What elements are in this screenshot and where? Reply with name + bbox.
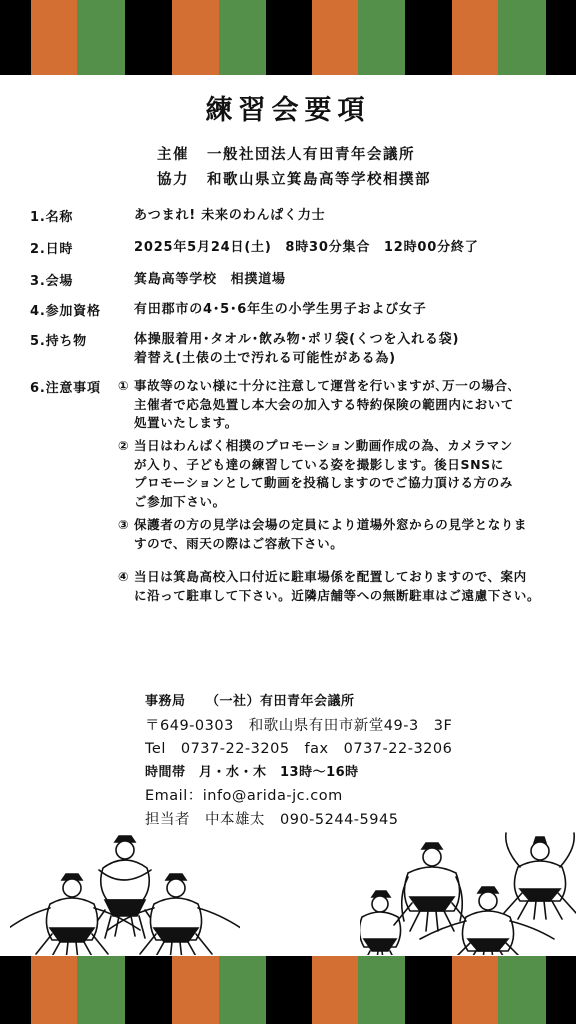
stripe-segment bbox=[452, 0, 498, 75]
belongings-line-2: 着替え(土俵の土で汚れる可能性がある為) bbox=[134, 351, 396, 366]
note-2: ② 当日はわんぱく相撲のプロモーション動画作成の為、カメラマン が入り、子ども達… bbox=[118, 437, 513, 511]
host-name: 一般社団法人有田青年会議所 bbox=[207, 147, 415, 163]
host-label: 主催 bbox=[157, 143, 207, 164]
stripe-segment bbox=[0, 0, 31, 75]
contact-phone: Tel 0737-22-3205 fax 0737-22-3206 bbox=[145, 737, 452, 761]
note-text: 当日は箕島高校入口付近に駐車場係を配置しておりますので、案内 に沿って駐車して下… bbox=[118, 568, 540, 605]
stripe-segment bbox=[405, 0, 452, 75]
stripe-segment bbox=[172, 956, 219, 1024]
contact-email[interactable]: Email：info@arida-jc.com bbox=[145, 784, 452, 808]
item-value: 2025年5月24日(土) 8時30分集合 12時00分終了 bbox=[134, 238, 479, 257]
stripe-segment bbox=[358, 0, 405, 75]
stripe-segment bbox=[358, 956, 405, 1024]
note-number: ② bbox=[118, 437, 129, 456]
contact-office: 事務局 （一社）有田青年会議所 bbox=[145, 690, 452, 714]
item-label: 4.参加資格 bbox=[30, 300, 101, 319]
item-label: 5.持ち物 bbox=[30, 330, 87, 349]
stripe-segment bbox=[31, 0, 77, 75]
stripe-segment bbox=[312, 0, 358, 75]
stripe-segment bbox=[452, 956, 498, 1024]
note-number: ① bbox=[118, 377, 129, 396]
note-1: ① 事故等のない様に十分に注意して運営を行いますが､万一の場合､ 主催者で応急処… bbox=[118, 377, 515, 433]
stripe-segment bbox=[498, 0, 546, 75]
stripe-segment bbox=[0, 956, 31, 1024]
sumo-wrestlers-right-icon bbox=[360, 815, 576, 955]
bottom-stripe-banner bbox=[0, 956, 576, 1024]
note-3: ③ 保護者の方の見学は会場の定員により道場外窓からの見学となりま すので、雨天の… bbox=[118, 516, 527, 553]
stripe-segment bbox=[125, 956, 172, 1024]
item-value: あつまれ! 未来のわんぱく力士 bbox=[134, 206, 325, 225]
contact-hours: 時間帯 月・水・木 13時～16時 bbox=[145, 761, 452, 785]
note-number: ④ bbox=[118, 568, 129, 587]
sumo-wrestlers-left-icon bbox=[10, 830, 240, 955]
contact-address: 〒649-0303 和歌山県有田市新堂49-3 3F bbox=[145, 714, 452, 738]
note-text: 保護者の方の見学は会場の定員により道場外窓からの見学となりま すので、雨天の際は… bbox=[118, 516, 527, 553]
stripe-segment bbox=[77, 0, 125, 75]
belongings-line-1: 体操服着用･タオル･飲み物･ポリ袋(くつを入れる袋) bbox=[134, 332, 459, 347]
organizer-host: 主催一般社団法人有田青年会議所 bbox=[157, 143, 415, 164]
item-value: 体操服着用･タオル･飲み物･ポリ袋(くつを入れる袋) 着替え(土俵の土で汚れる可… bbox=[134, 330, 459, 368]
item-label: 3.会場 bbox=[30, 270, 73, 289]
stripe-segment bbox=[172, 0, 219, 75]
contact-block: 事務局 （一社）有田青年会議所 〒649-0303 和歌山県有田市新堂49-3 … bbox=[145, 690, 452, 831]
item-label: 2.日時 bbox=[30, 238, 73, 257]
item-value: 有田郡市の4･5･6年生の小学生男子および女子 bbox=[134, 300, 427, 319]
stripe-segment bbox=[312, 956, 358, 1024]
stripe-segment bbox=[266, 0, 312, 75]
stripe-segment bbox=[125, 0, 172, 75]
stripe-segment bbox=[498, 956, 546, 1024]
note-text: 事故等のない様に十分に注意して運営を行いますが､万一の場合､ 主催者で応急処置し… bbox=[118, 377, 515, 433]
stripe-segment bbox=[546, 0, 576, 75]
stripe-segment bbox=[405, 956, 452, 1024]
item-value: 箕島高等学校 相撲道場 bbox=[134, 270, 286, 289]
note-4: ④ 当日は箕島高校入口付近に駐車場係を配置しておりますので、案内 に沿って駐車し… bbox=[118, 568, 540, 605]
stripe-segment bbox=[546, 956, 576, 1024]
stripe-segment bbox=[219, 0, 266, 75]
note-text: 当日はわんぱく相撲のプロモーション動画作成の為、カメラマン が入り、子ども達の練… bbox=[118, 437, 513, 511]
coop-label: 協力 bbox=[157, 168, 207, 189]
stripe-segment bbox=[31, 956, 77, 1024]
note-number: ③ bbox=[118, 516, 129, 535]
organizer-cooperation: 協力和歌山県立箕島高等学校相撲部 bbox=[157, 168, 431, 189]
item-label: 6.注意事項 bbox=[30, 377, 101, 396]
item-label: 1.名称 bbox=[30, 206, 73, 225]
page-title: 練習会要項 bbox=[0, 88, 576, 127]
coop-name: 和歌山県立箕島高等学校相撲部 bbox=[207, 172, 431, 188]
stripe-segment bbox=[77, 956, 125, 1024]
top-stripe-banner bbox=[0, 0, 576, 75]
stripe-segment bbox=[219, 956, 266, 1024]
stripe-segment bbox=[266, 956, 312, 1024]
